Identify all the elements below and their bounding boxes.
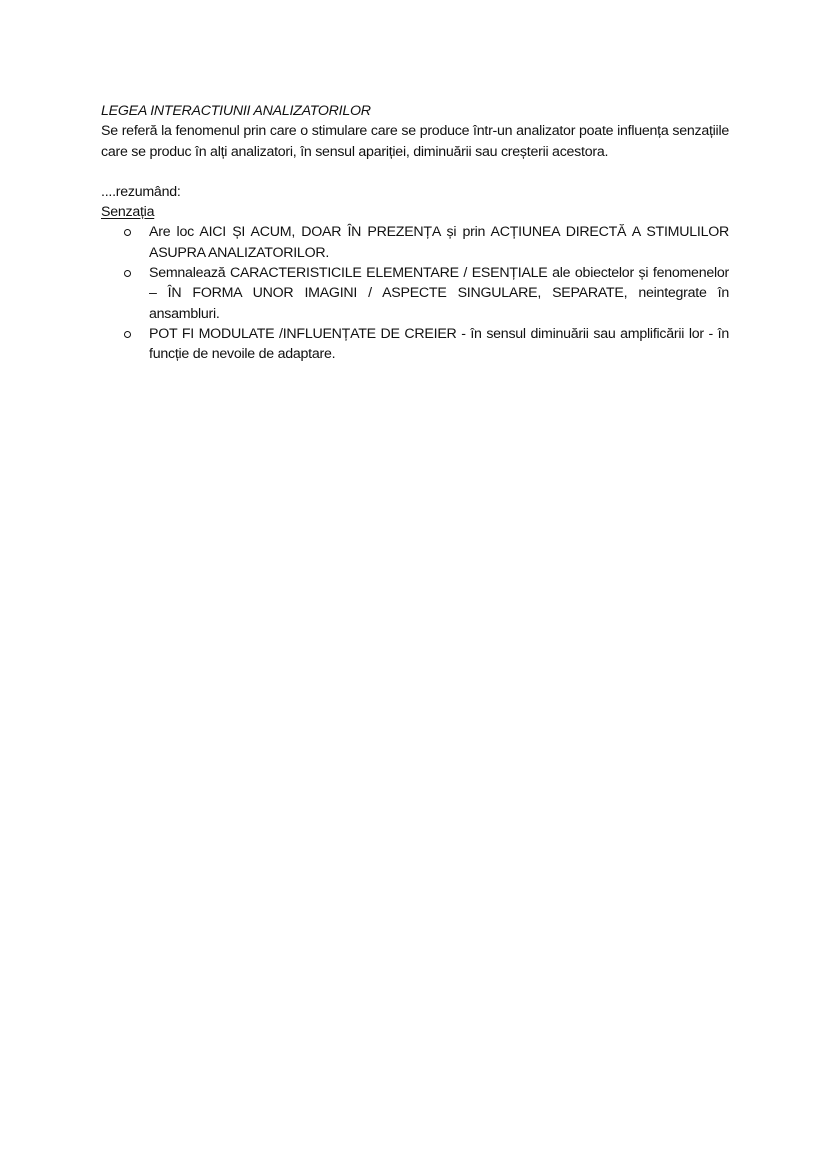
definition-paragraph: Se referă la fenomenul prin care o stimu… — [101, 121, 729, 162]
hollow-circle-bullet-icon — [124, 324, 131, 344]
hollow-circle-bullet-icon — [124, 263, 131, 283]
section-title: LEGEA INTERACTIUNII ANALIZATORILOR — [101, 101, 729, 121]
hollow-circle-bullet-icon — [124, 222, 131, 242]
list-item: Semnalează CARACTERISTICILE ELEMENTARE /… — [101, 263, 729, 324]
document-page: LEGEA INTERACTIUNII ANALIZATORILOR Se re… — [101, 101, 729, 365]
list-item-text: Are loc AICI ȘI ACUM, DOAR ÎN PREZENȚA ș… — [149, 224, 729, 260]
list-item: Are loc AICI ȘI ACUM, DOAR ÎN PREZENȚA ș… — [101, 222, 729, 263]
summary-label: ....rezumând: — [101, 182, 729, 202]
blank-line — [101, 162, 729, 182]
subheading-senzatia: Senzația — [101, 202, 729, 222]
bullet-list: Are loc AICI ȘI ACUM, DOAR ÎN PREZENȚA ș… — [101, 222, 729, 364]
list-item: POT FI MODULATE /INFLUENȚATE DE CREIER -… — [101, 324, 729, 365]
list-item-text: POT FI MODULATE /INFLUENȚATE DE CREIER -… — [149, 326, 729, 362]
list-item-text: Semnalează CARACTERISTICILE ELEMENTARE /… — [149, 265, 729, 322]
